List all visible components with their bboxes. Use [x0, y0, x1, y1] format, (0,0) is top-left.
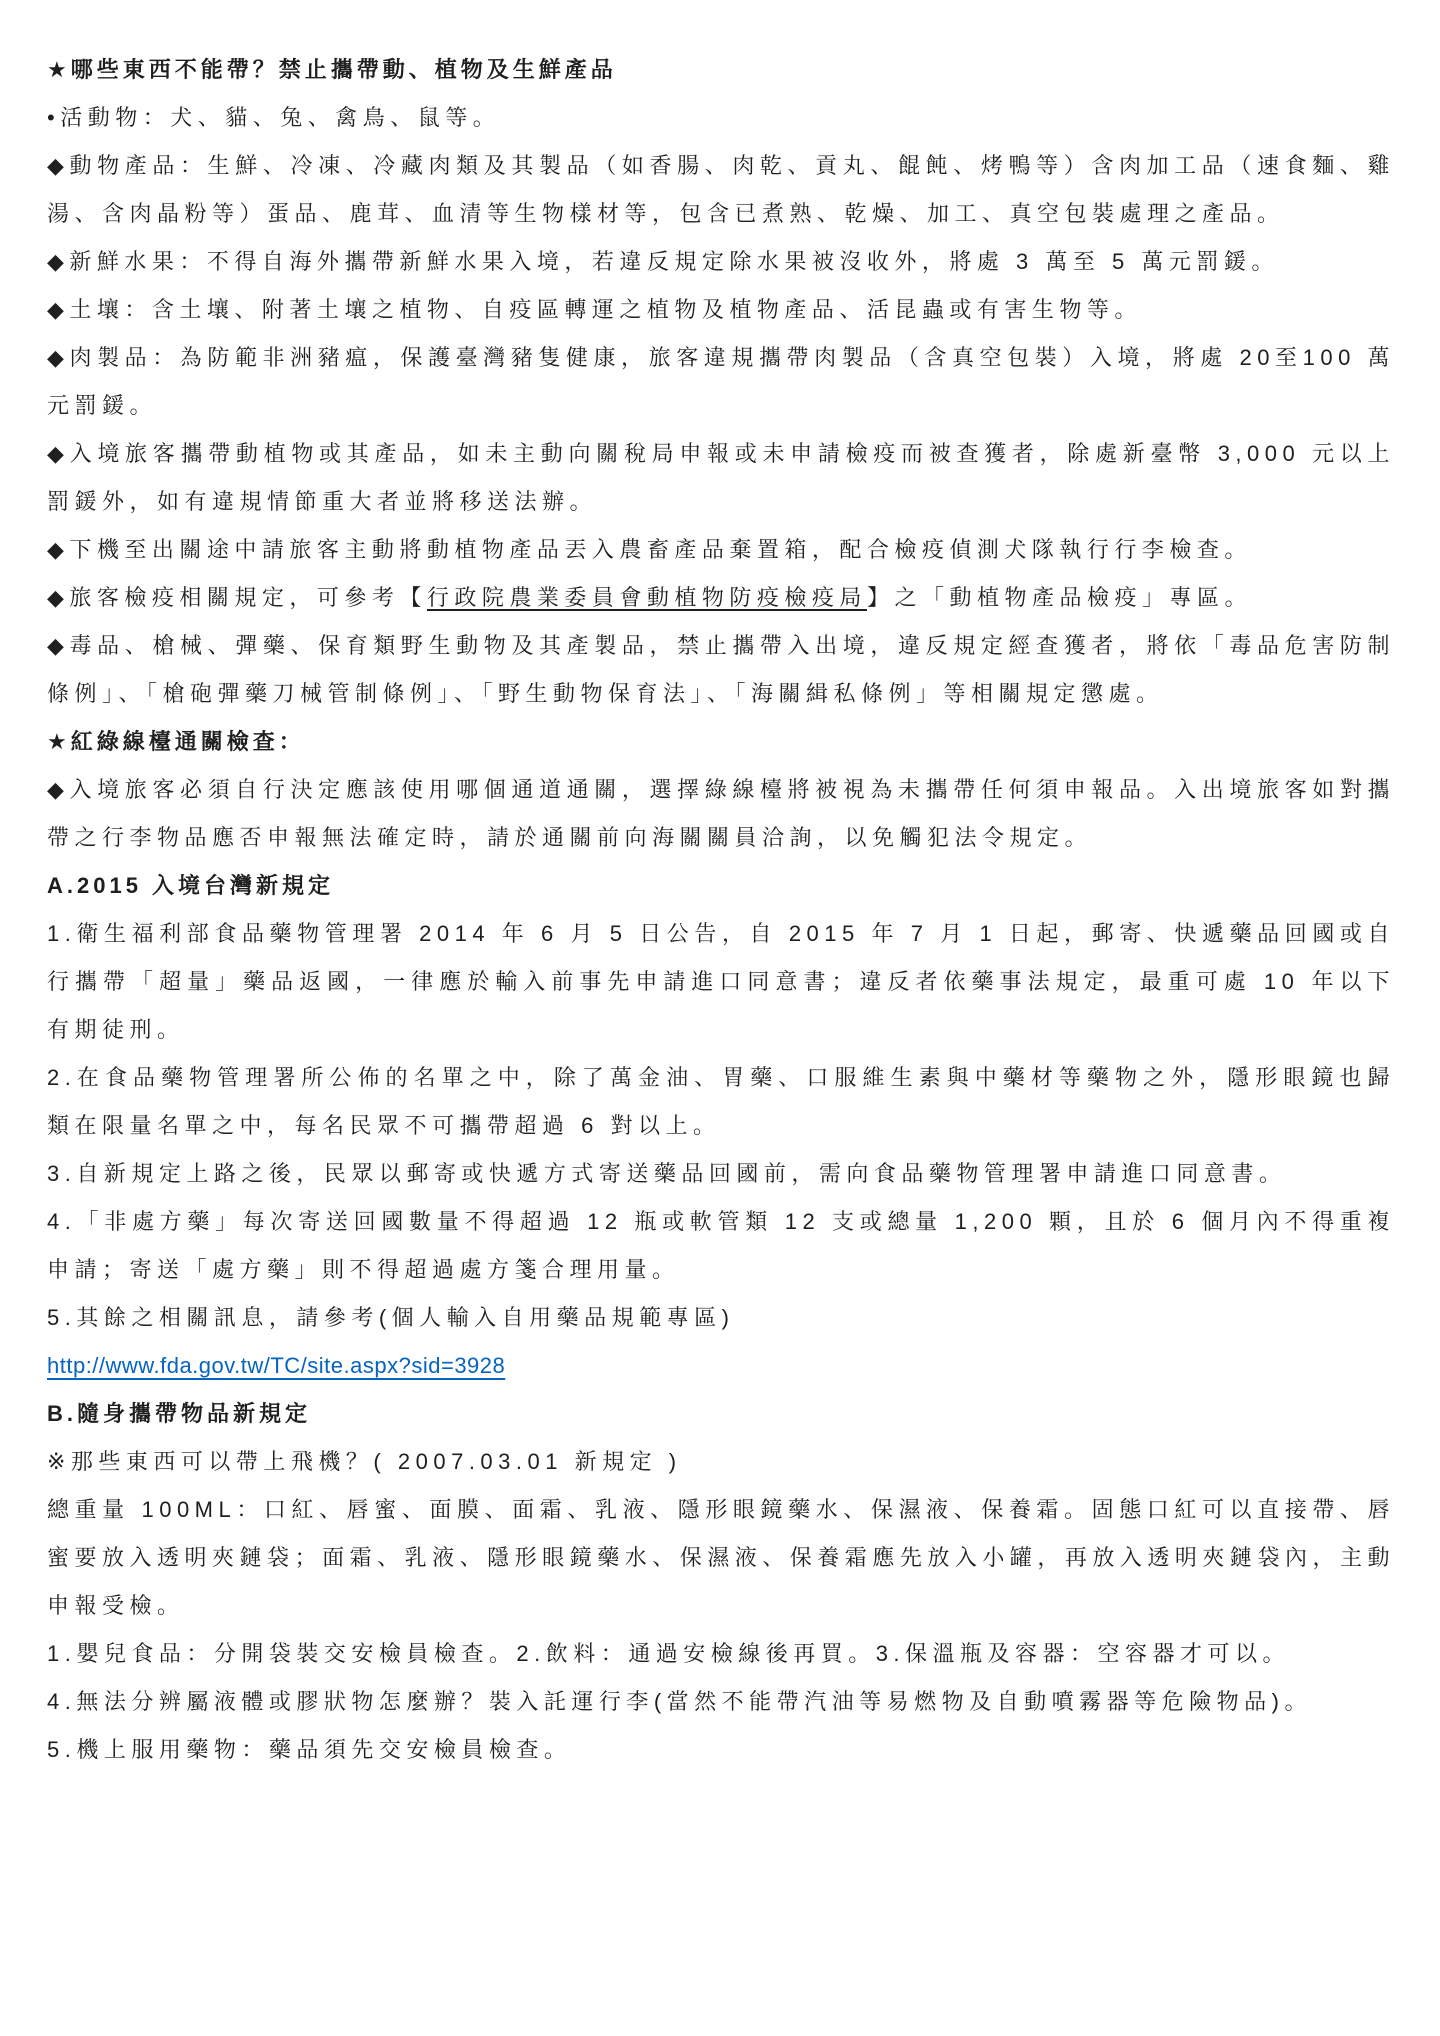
- customs-regulations-document: ★哪些東西不能帶？禁止攜帶動、植物及生鮮產品 •活動物：犬、貓、兔、禽鳥、鼠等。…: [0, 0, 1440, 2036]
- para-live-animals: •活動物：犬、貓、兔、禽鳥、鼠等。: [47, 94, 1395, 142]
- para-item-5-medication: 5.機上服用藥物：藥品須先交安檢員檢查。: [47, 1726, 1395, 1774]
- para-contraband: ◆毒品、槍械、彈藥、保育類野生動物及其產製品，禁止攜帶入出境，違反規定經查獲者，…: [47, 622, 1395, 718]
- quarantine-reference-suffix: 】之「動植物產品檢疫」專區。: [867, 585, 1252, 610]
- heading-red-green-channel: ★紅綠線檯通關檢查：: [47, 718, 1395, 766]
- heading-b-carry-on-rules: B.隨身攜帶物品新規定: [47, 1390, 1395, 1438]
- para-fresh-fruit: ◆新鮮水果：不得自海外攜帶新鮮水果入境，若違反規定除水果被沒收外，將處 3 萬至…: [47, 238, 1395, 286]
- heading-a-2015-rules: A.2015 入境台灣新規定: [47, 862, 1395, 910]
- para-rule-2-limited-items: 2.在食品藥物管理署所公佈的名單之中，除了萬金油、胃藥、口服維生素與中藥材等藥物…: [47, 1054, 1395, 1150]
- heading-prohibited-items: ★哪些東西不能帶？禁止攜帶動、植物及生鮮產品: [47, 46, 1395, 94]
- para-rule-5-more-info: 5.其餘之相關訊息，請參考(個人輸入自用藥品規範專區): [47, 1294, 1395, 1342]
- para-rule-4-otc-limits: 4.「非處方藥」每次寄送回國數量不得超過 12 瓶或軟管類 12 支或總量 1,…: [47, 1198, 1395, 1294]
- para-carry-on-question: ※那些東西可以帶上飛機？( 2007.03.01 新規定 ): [47, 1438, 1395, 1486]
- quarantine-reference-prefix: ◆旅客檢疫相關規定，可參考【: [47, 585, 427, 610]
- para-channel-selection: ◆入境旅客必須自行決定應該使用哪個通道通關，選擇綠線檯將被視為未攜帶任何須申報品…: [47, 766, 1395, 862]
- para-animal-products: ◆動物產品：生鮮、冷凍、冷藏肉類及其製品（如香腸、肉乾、貢丸、餛飩、烤鴨等）含肉…: [47, 142, 1395, 238]
- fda-url-link[interactable]: http://www.fda.gov.tw/TC/site.aspx?sid=3…: [47, 1342, 1395, 1390]
- para-undeclared-plants-animals: ◆入境旅客攜帶動植物或其產品，如未主動向關稅局申報或未申請檢疫而被查獲者，除處新…: [47, 430, 1395, 526]
- para-item-4-liquids-gel: 4.無法分辨屬液體或膠狀物怎麼辦？裝入託運行李(當然不能帶汽油等易燃物及自動噴霧…: [47, 1678, 1395, 1726]
- baphiq-link[interactable]: 行政院農業委員會動植物防疫檢疫局: [427, 585, 867, 610]
- para-items-1-2-3: 1.嬰兒食品：分開袋裝交安檢員檢查。2.飲料：通過安檢線後再買。3.保溫瓶及容器…: [47, 1630, 1395, 1678]
- para-soil: ◆土壤：含土壤、附著土壤之植物、自疫區轉運之植物及植物產品、活昆蟲或有害生物等。: [47, 286, 1395, 334]
- para-rule-3-consent-letter: 3.自新規定上路之後，民眾以郵寄或快遞方式寄送藥品回國前，需向食品藥物管理署申請…: [47, 1150, 1395, 1198]
- para-disposal-bins: ◆下機至出關途中請旅客主動將動植物產品丟入農畜產品棄置箱，配合檢疫偵測犬隊執行行…: [47, 526, 1395, 574]
- para-liquids-100ml: 總重量 100ML：口紅、唇蜜、面膜、面霜、乳液、隱形眼鏡藥水、保濕液、保養霜。…: [47, 1486, 1395, 1630]
- para-quarantine-reference: ◆旅客檢疫相關規定，可參考【行政院農業委員會動植物防疫檢疫局】之「動植物產品檢疫…: [47, 574, 1395, 622]
- para-rule-1-medicine-import: 1.衛生福利部食品藥物管理署 2014 年 6 月 5 日公告，自 2015 年…: [47, 910, 1395, 1054]
- para-meat-products: ◆肉製品：為防範非洲豬瘟，保護臺灣豬隻健康，旅客違規攜帶肉製品（含真空包裝）入境…: [47, 334, 1395, 430]
